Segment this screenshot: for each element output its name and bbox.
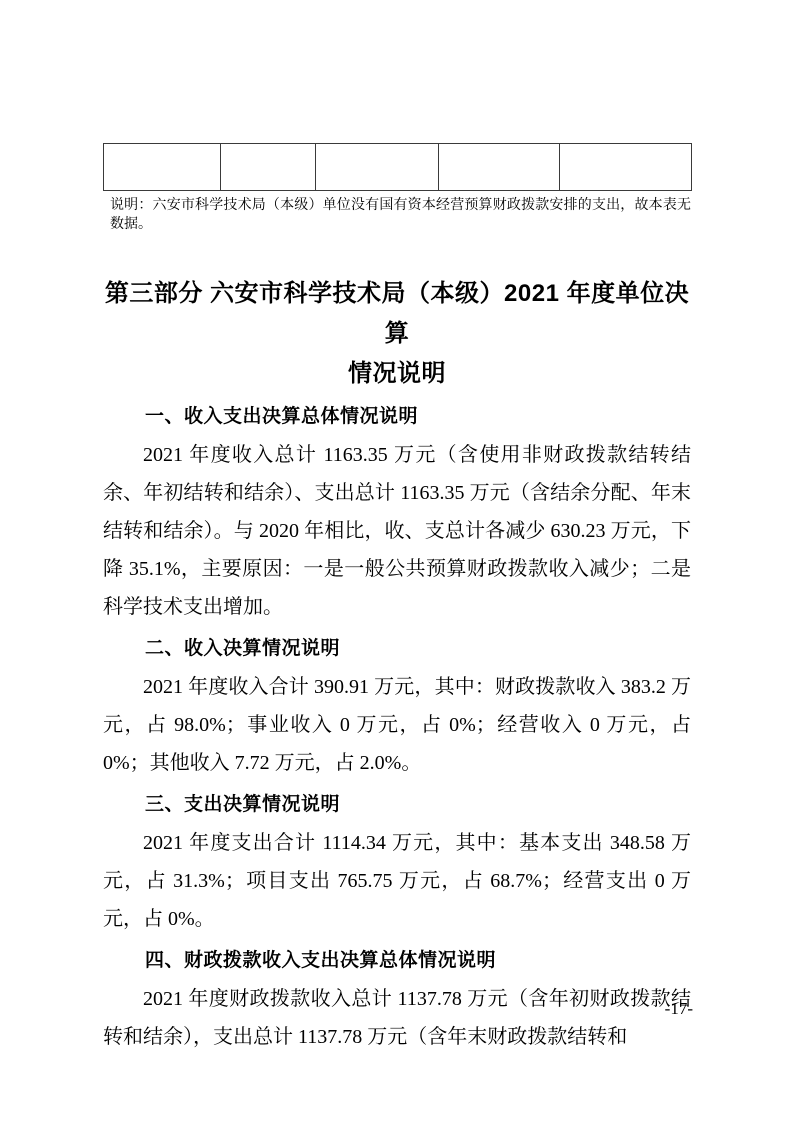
- section-title: 三、支出决算情况说明: [103, 786, 691, 824]
- section-paragraph: 2021 年度收入总计 1163.35 万元（含使用非财政拨款结转结余、年初结转…: [103, 436, 691, 626]
- section-title: 四、财政拨款收入支出决算总体情况说明: [103, 942, 691, 980]
- section-paragraph: 2021 年度支出合计 1114.34 万元，其中：基本支出 348.58 万元…: [103, 824, 691, 938]
- table-cell: [439, 144, 560, 191]
- document-title-line-1: 第三部分 六安市科学技术局（本级）2021 年度单位决算: [103, 274, 691, 354]
- document-title: 第三部分 六安市科学技术局（本级）2021 年度单位决算 情况说明: [103, 274, 691, 394]
- document-content: 说明：六安市科学技术局（本级）单位没有国有资本经营预算财政拨款安排的支出，故本表…: [103, 143, 691, 1056]
- table-cell: [316, 144, 439, 191]
- section-title: 一、收入支出决算总体情况说明: [103, 398, 691, 436]
- table-cell: [221, 144, 316, 191]
- document-page: 说明：六安市科学技术局（本级）单位没有国有资本经营预算财政拨款安排的支出，故本表…: [0, 0, 793, 1122]
- table-row: [104, 144, 692, 191]
- section-expenditure-statement: 三、支出决算情况说明 2021 年度支出合计 1114.34 万元，其中：基本支…: [103, 786, 691, 938]
- section-paragraph: 2021 年度财政拨款收入总计 1137.78 万元（含年初财政拨款结转和结余）…: [103, 980, 691, 1056]
- table-cell: [560, 144, 692, 191]
- table-cell: [104, 144, 221, 191]
- table-note: 说明：六安市科学技术局（本级）单位没有国有资本经营预算财政拨款安排的支出，故本表…: [103, 196, 691, 234]
- section-paragraph: 2021 年度收入合计 390.91 万元，其中：财政拨款收入 383.2 万元…: [103, 668, 691, 782]
- section-income-expenditure-overview: 一、收入支出决算总体情况说明 2021 年度收入总计 1163.35 万元（含使…: [103, 398, 691, 626]
- section-income-statement: 二、收入决算情况说明 2021 年度收入合计 390.91 万元，其中：财政拨款…: [103, 630, 691, 782]
- document-title-line-2: 情况说明: [103, 354, 691, 394]
- section-fiscal-appropriation-overview: 四、财政拨款收入支出决算总体情况说明 2021 年度财政拨款收入总计 1137.…: [103, 942, 691, 1056]
- section-title: 二、收入决算情况说明: [103, 630, 691, 668]
- empty-budget-table: [103, 143, 692, 191]
- page-number: -17-: [665, 998, 693, 1020]
